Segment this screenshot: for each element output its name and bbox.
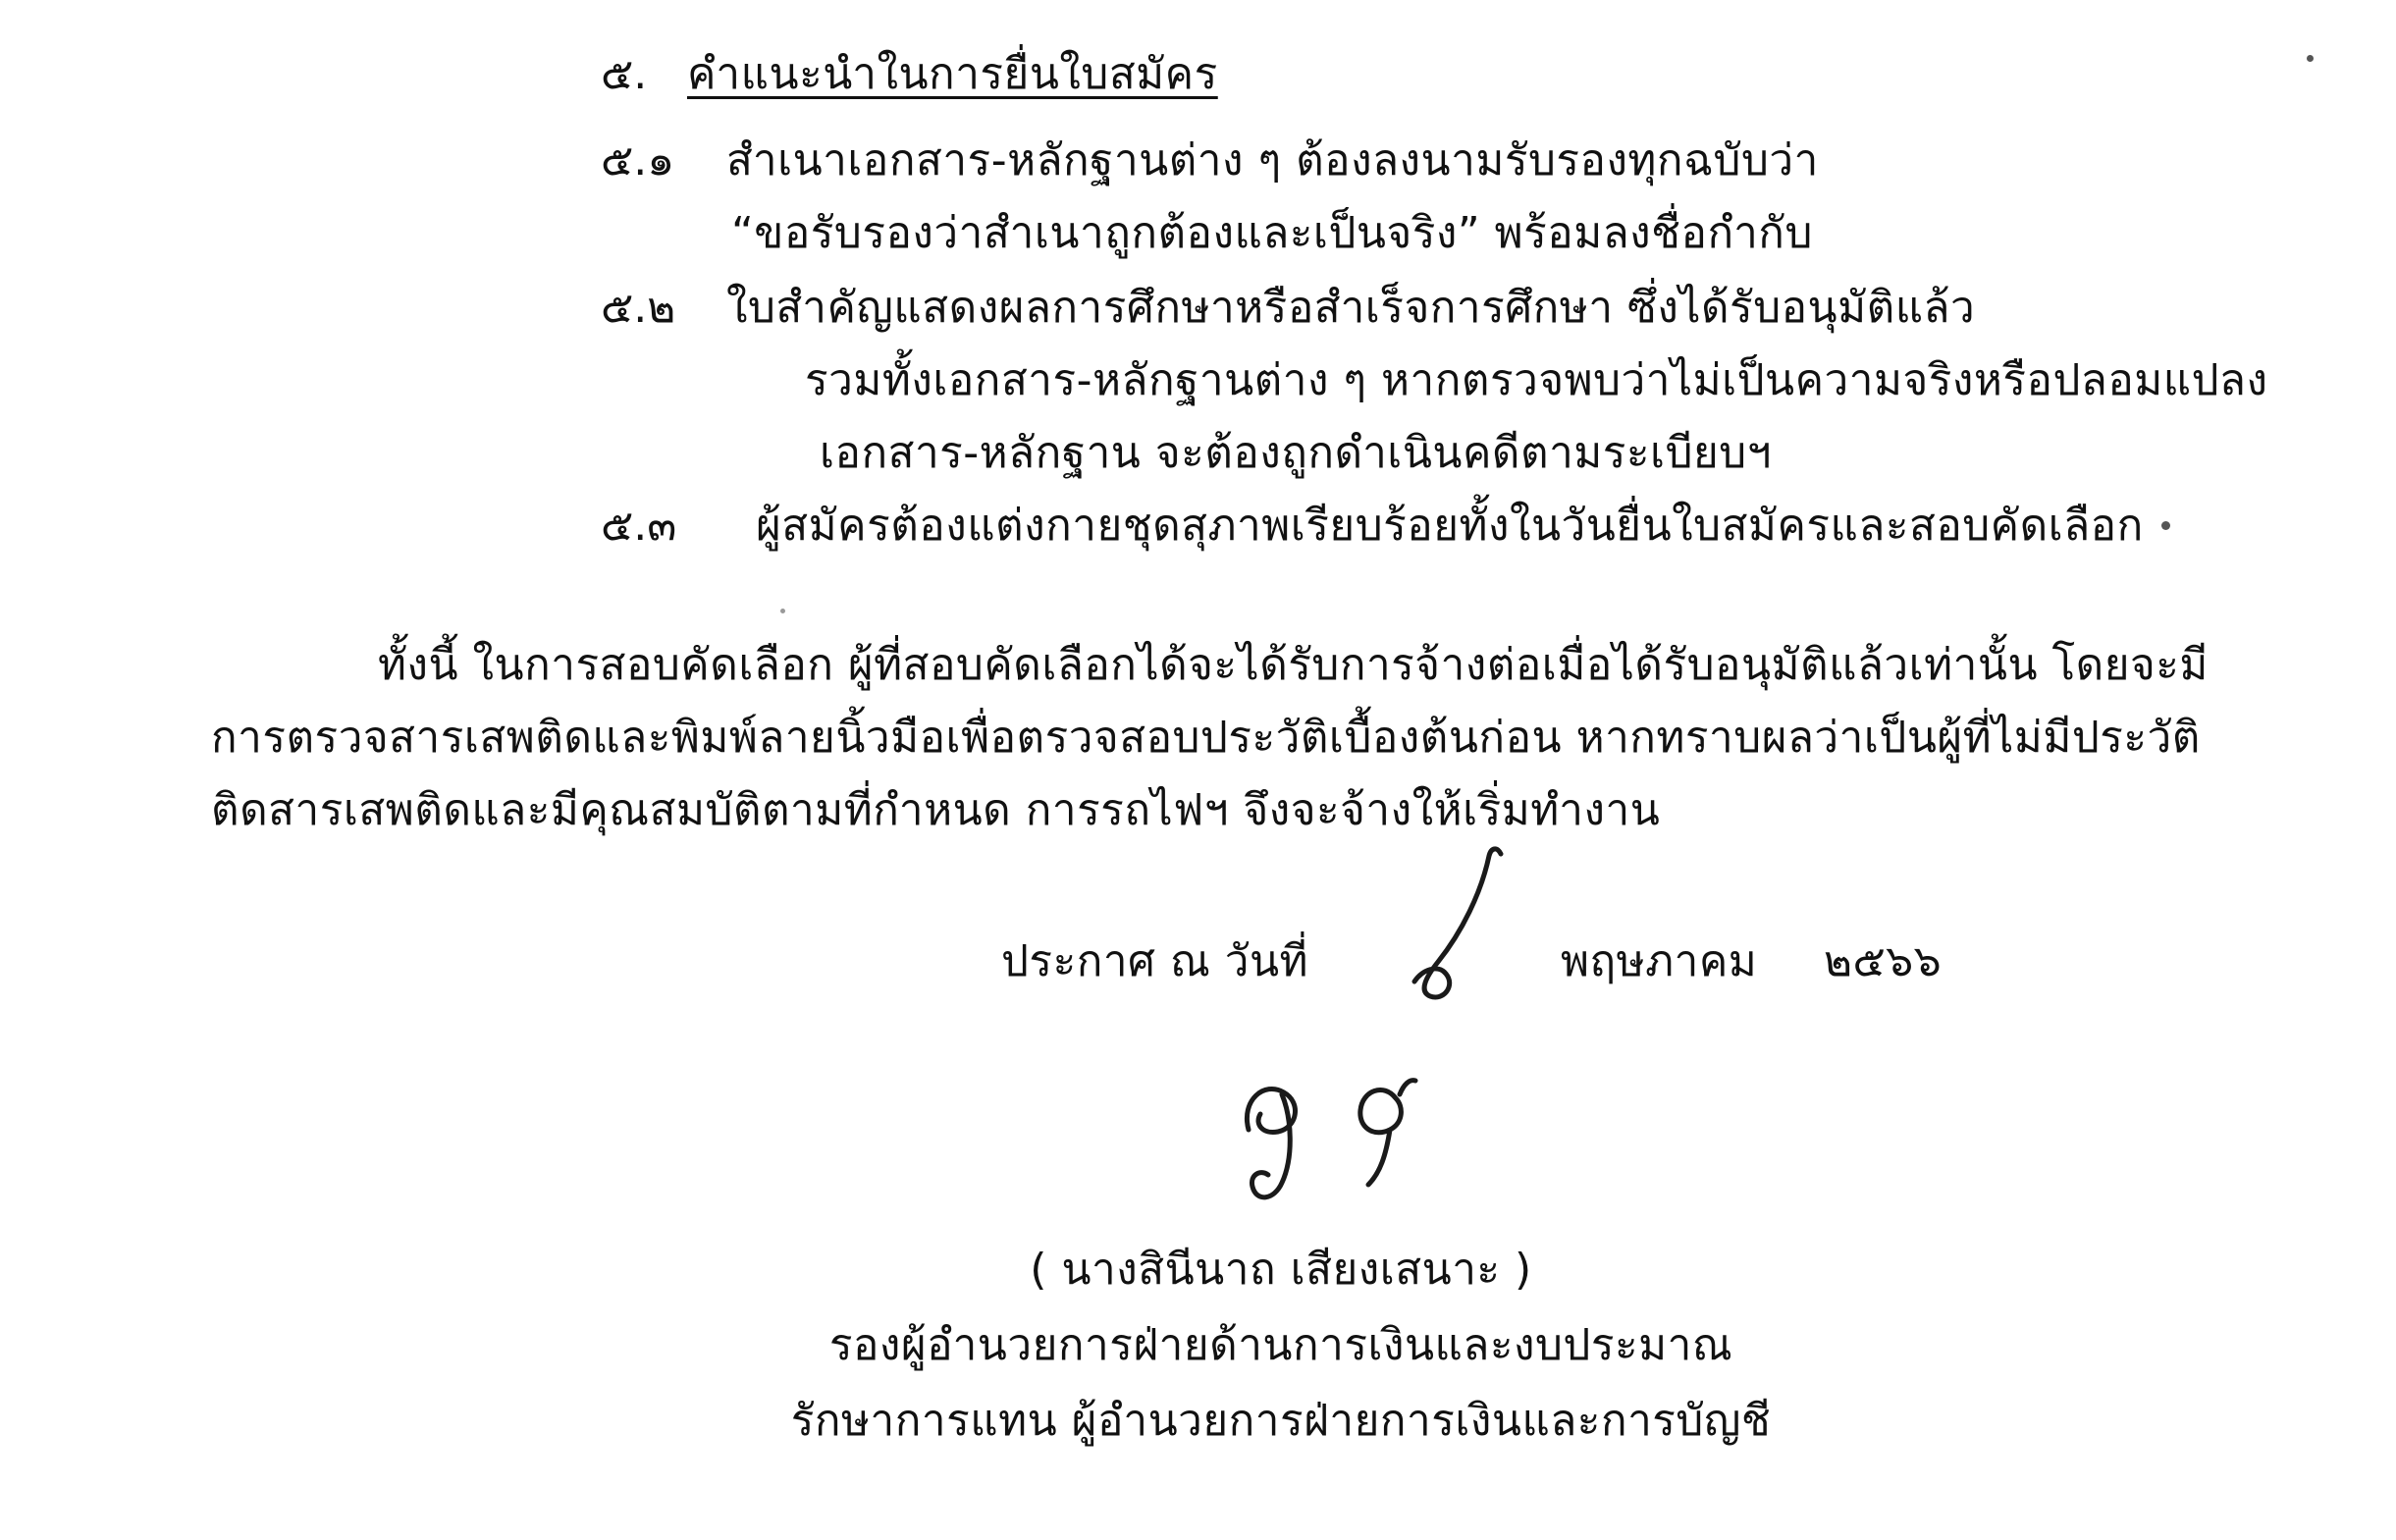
item-5-2-line-2: รวมทั้งเอกสาร-หลักฐานต่าง ๆ หากตรวจพบว่า… bbox=[805, 353, 2268, 407]
signatory-position-1-wrap: รองผู้อำนวยการฝ่ายด้านการเงินและงบประมาณ bbox=[648, 1318, 1914, 1372]
signatory-block: ( นางสินีนาถ เสียงเสนาะ ) bbox=[648, 1243, 1914, 1297]
scan-speck bbox=[2307, 55, 2314, 62]
signatory-position-line-1: รองผู้อำนวยการฝ่ายด้านการเงินและงบประมาณ bbox=[648, 1318, 1914, 1372]
handwritten-signature bbox=[1227, 1065, 1463, 1217]
document-page: ๕. คำแนะนำในการยื่นใบสมัคร ๕.๑ สำเนาเอกส… bbox=[0, 0, 2396, 1540]
signatory-position-2-wrap: รักษาการแทน ผู้อำนวยการฝ่ายการเงินและการ… bbox=[648, 1394, 1914, 1448]
closing-paragraph-line-2: การตรวจสารเสพติดและพิมพ์ลายนิ้วมือเพื่อต… bbox=[211, 711, 2201, 765]
section-heading: คำแนะนำในการยื่นใบสมัคร bbox=[687, 47, 1218, 101]
item-5-2-number: ๕.๒ bbox=[601, 281, 675, 335]
closing-paragraph-line-1: ทั้งนี้ ในการสอบคัดเลือก ผู้ที่สอบคัดเลื… bbox=[378, 638, 2209, 692]
item-5-1-line-2: “ขอรับรองว่าสำเนาถูกต้องและเป็นจริง” พร้… bbox=[731, 206, 1813, 260]
item-5-2-line-1: ใบสำคัญแสดงผลการศึกษาหรือสำเร็จการศึกษา … bbox=[726, 281, 1975, 335]
closing-paragraph-line-3: ติดสารเสพติดและมีคุณสมบัติตามที่กำหนด กา… bbox=[211, 783, 1660, 837]
signatory-position-line-2: รักษาการแทน ผู้อำนวยการฝ่ายการเงินและการ… bbox=[648, 1394, 1914, 1448]
signatory-name: ( นางสินีนาถ เสียงเสนาะ ) bbox=[648, 1243, 1914, 1297]
item-5-1-line-1: สำเนาเอกสาร-หลักฐานต่าง ๆ ต้องลงนามรับรอ… bbox=[726, 133, 1819, 187]
scan-speck bbox=[780, 609, 785, 613]
announcement-year: ๒๕๖๖ bbox=[1824, 934, 1942, 988]
section-number: ๕. bbox=[601, 47, 647, 101]
item-5-1-number: ๕.๑ bbox=[601, 133, 674, 187]
item-5-3-line-1: ผู้สมัครต้องแต่งกายชุดสุภาพเรียบร้อยทั้ง… bbox=[756, 499, 2144, 553]
item-5-3-number: ๕.๓ bbox=[601, 499, 676, 553]
handwritten-day-mark bbox=[1399, 842, 1517, 1009]
scan-speck bbox=[2161, 521, 2170, 530]
announcement-month: พฤษภาคม bbox=[1561, 934, 1757, 988]
announcement-date-prefix: ประกาศ ณ วันที่ bbox=[1001, 934, 1308, 988]
item-5-2-line-3: เอกสาร-หลักฐาน จะต้องถูกดำเนินคดีตามระเบ… bbox=[820, 426, 1772, 480]
